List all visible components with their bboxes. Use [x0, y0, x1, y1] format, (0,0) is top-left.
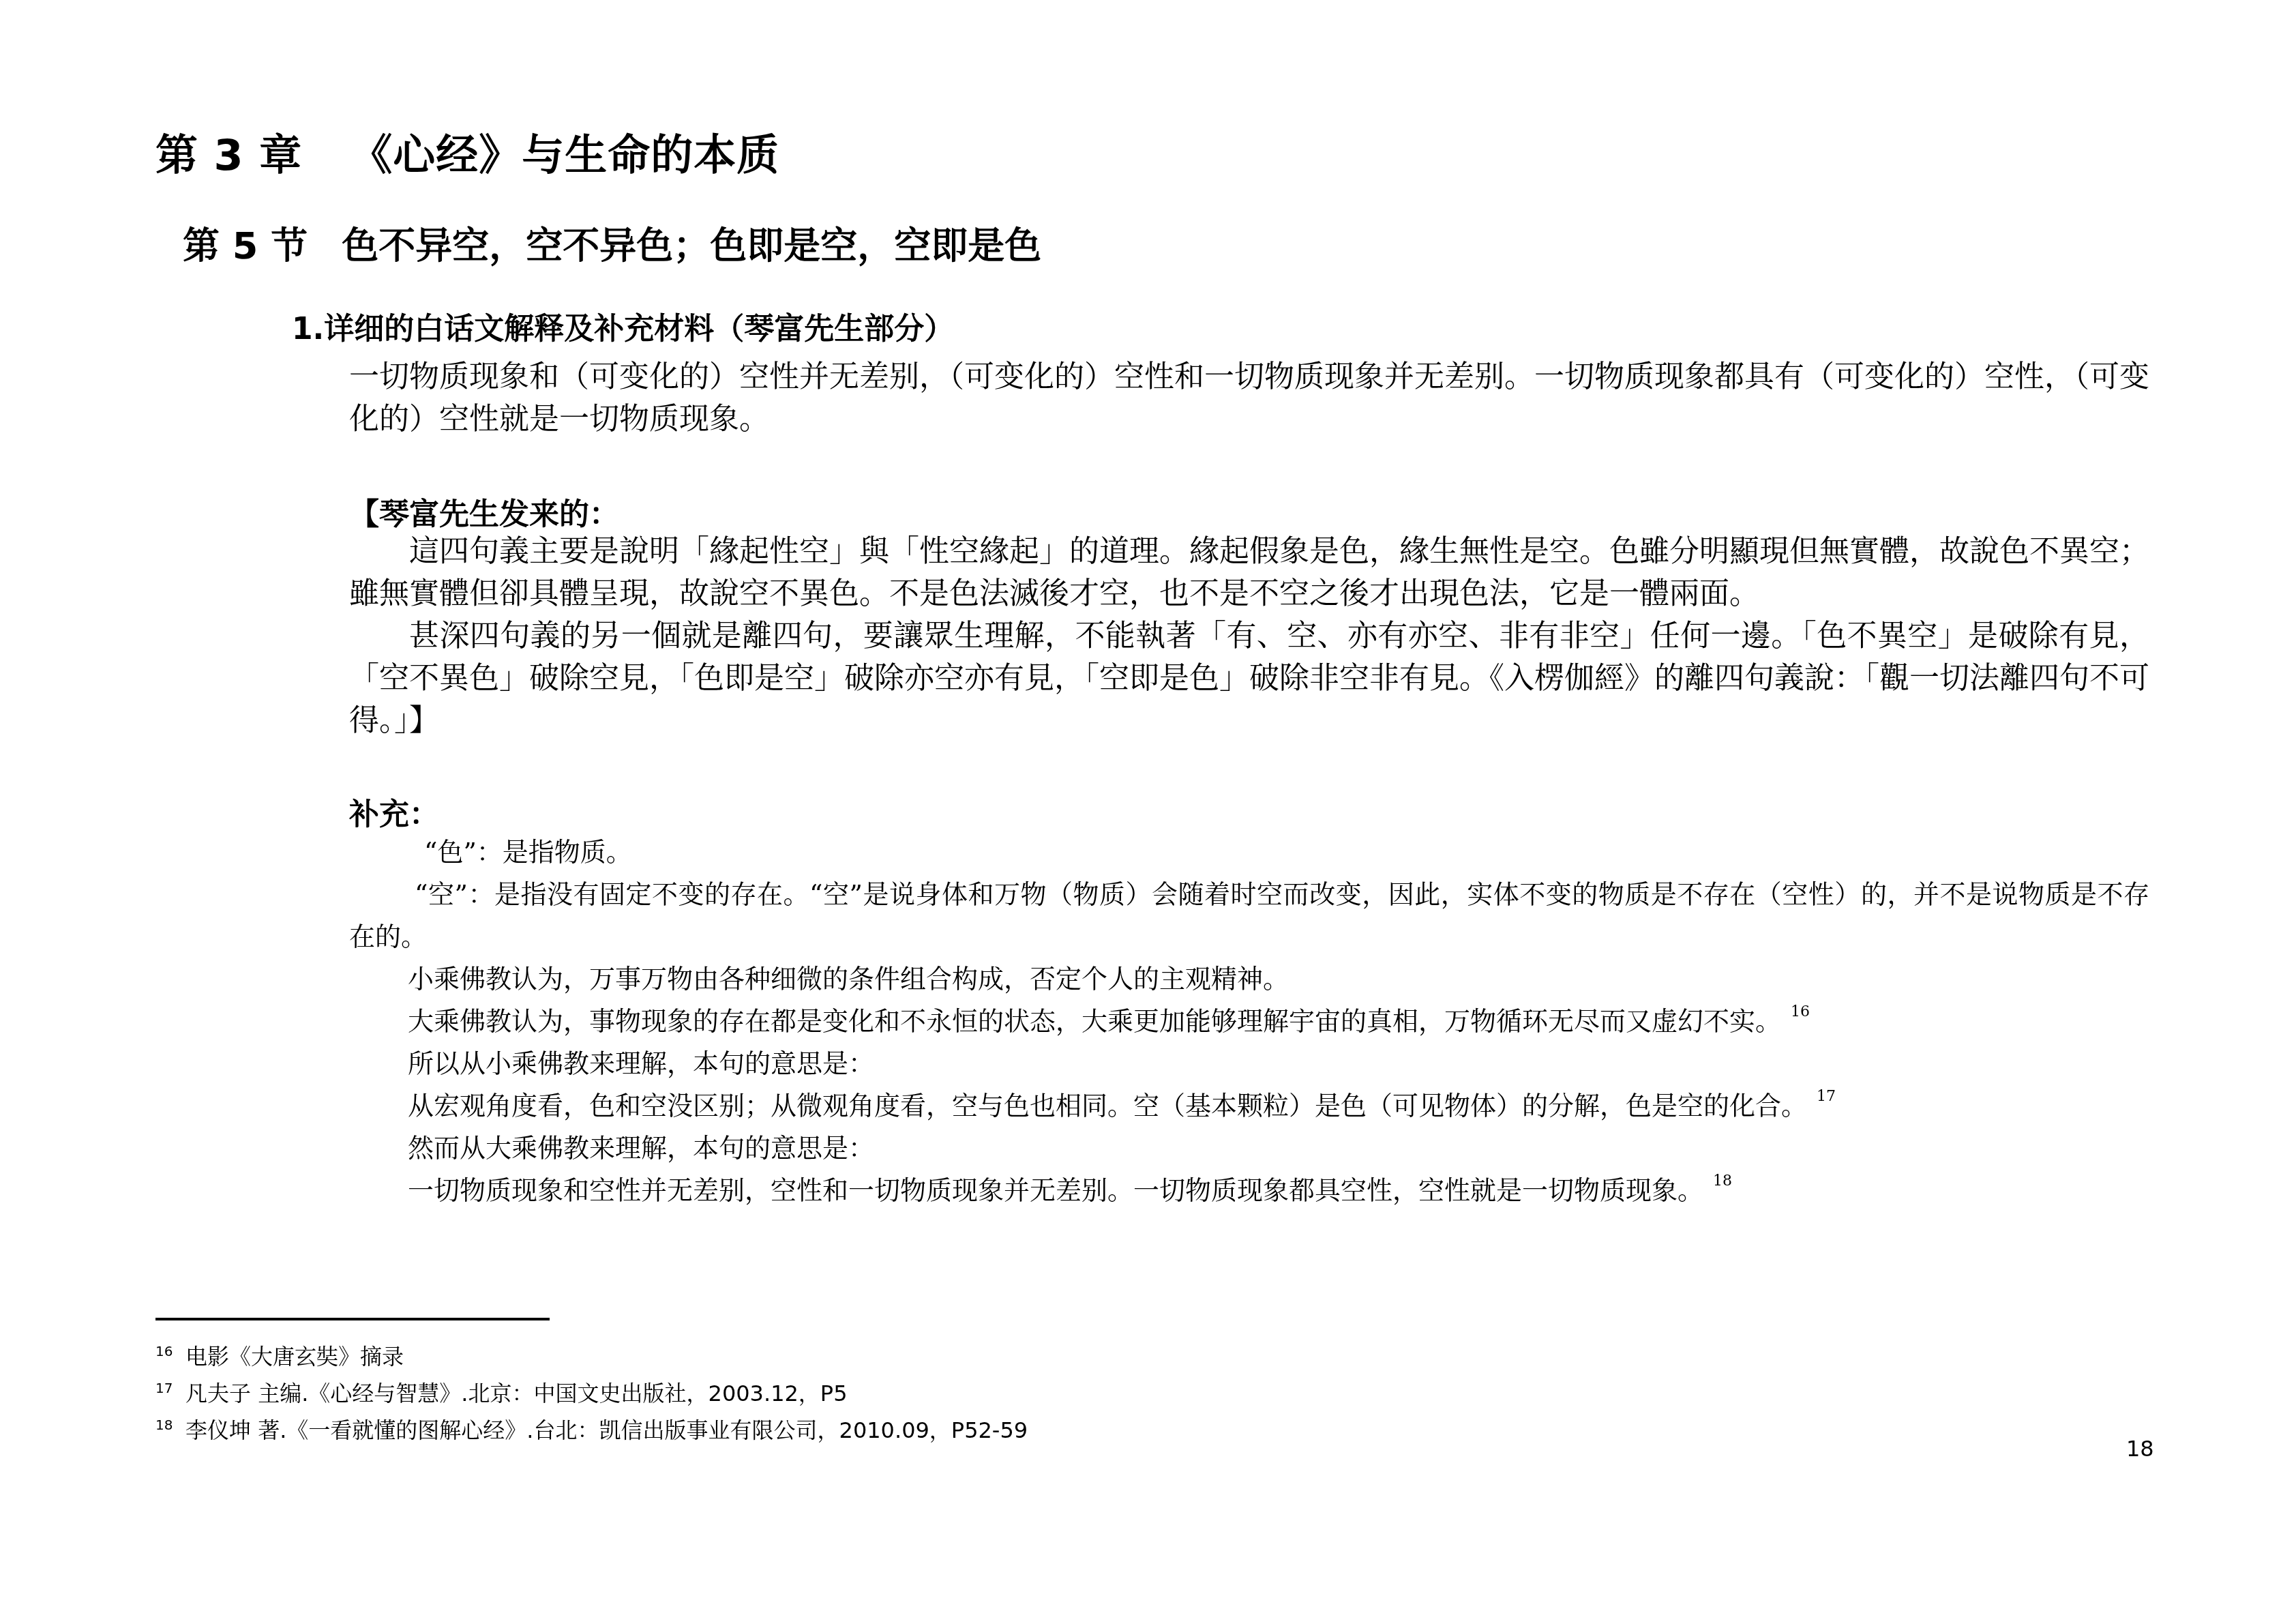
- page-number: 18: [2126, 1436, 2154, 1462]
- subheading: 1.详细的白话文解释及补充材料（琴富先生部分）: [292, 304, 954, 348]
- supplement-line: “色”：是指物质。: [349, 831, 2149, 873]
- supplement-line-text: 然而从大乘佛教来理解，本句的意思是：: [408, 1133, 874, 1163]
- section-number: 第 5 节: [183, 224, 308, 267]
- quote-block: 這四句義主要是說明「緣起性空」與「性空緣起」的道理。緣起假象是色，緣生無性是空。…: [349, 531, 2149, 742]
- footnotes: 16电影《大唐玄奘》摘录 17凡夫子 主编.《心经与智慧》.北京：中国文史出版社…: [155, 1335, 1028, 1446]
- footnote-ref[interactable]: 16: [1791, 1003, 1810, 1020]
- footnote-18: 18李仪坤 著.《一看就懂的图解心经》.台北：凯信出版事业有限公司，2010.0…: [155, 1409, 1028, 1446]
- footnote-text: 电影《大唐玄奘》摘录: [185, 1344, 404, 1370]
- supplement-line: 一切物质现象和空性并无差别，空性和一切物质现象并无差别。一切物质现象都具空性，空…: [349, 1169, 2149, 1211]
- supplement-line-text: 大乘佛教认为，事物现象的存在都是变化和不永恒的状态，大乘更加能够理解宇宙的真相，…: [408, 1006, 1781, 1036]
- section-title-text: 色不异空，空不异色；色即是空，空即是色: [342, 224, 1041, 267]
- footnote-ref[interactable]: 18: [1713, 1172, 1732, 1190]
- chapter-title: 第 3 章《心经》与生命的本质: [155, 121, 779, 182]
- supplement-line: 所以从小乘佛教来理解，本句的意思是：: [349, 1042, 2149, 1084]
- supplement-line-text: 所以从小乘佛教来理解，本句的意思是：: [408, 1048, 874, 1078]
- footnote-text: 李仪坤 著.《一看就懂的图解心经》.台北：凯信出版事业有限公司，2010.09，…: [185, 1417, 1028, 1443]
- quote-paragraph: 這四句義主要是說明「緣起性空」與「性空緣起」的道理。緣起假象是色，緣生無性是空。…: [349, 531, 2149, 615]
- footnote-number: 17: [155, 1372, 175, 1404]
- supplement-line-text: “空”：是指没有固定不变的存在。“空”是说身体和万物（物质）会随着时空而改变，因…: [349, 879, 2149, 951]
- footnote-text: 凡夫子 主编.《心经与智慧》.北京：中国文史出版社，2003.12，P5: [185, 1381, 848, 1406]
- supplement-heading: 补充：: [349, 790, 439, 833]
- supplement-line-text: 小乘佛教认为，万事万物由各种细微的条件组合构成，否定个人的主观精神。: [408, 964, 1289, 994]
- supplement-line: 然而从大乘佛教来理解，本句的意思是：: [349, 1127, 2149, 1169]
- footnote-separator: [155, 1318, 550, 1320]
- paragraph-plain-explanation: 一切物质现象和（可变化的）空性并无差别，（可变化的）空性和一切物质现象并无差别。…: [349, 356, 2149, 441]
- section-title: 第 5 节色不异空，空不异色；色即是空，空即是色: [183, 217, 1041, 269]
- supplement-line-text: “色”：是指物质。: [424, 837, 632, 867]
- footnote-17: 17凡夫子 主编.《心经与智慧》.北京：中国文史出版社，2003.12，P5: [155, 1372, 1028, 1409]
- chapter-number: 第 3 章: [155, 130, 302, 180]
- quote-paragraph: 甚深四句義的另一個就是離四句，要讓眾生理解，不能執著「有、空、亦有亦空、非有非空…: [349, 615, 2149, 742]
- supplement-block: “色”：是指物质。 “空”：是指没有固定不变的存在。“空”是说身体和万物（物质）…: [349, 831, 2149, 1211]
- footnote-ref[interactable]: 17: [1817, 1088, 1836, 1105]
- quote-heading: 【琴富先生发来的：: [349, 490, 619, 533]
- chapter-title-text: 《心经》与生命的本质: [350, 130, 779, 180]
- footnote-16: 16电影《大唐玄奘》摘录: [155, 1335, 1028, 1372]
- supplement-line: 大乘佛教认为，事物现象的存在都是变化和不永恒的状态，大乘更加能够理解宇宙的真相，…: [349, 1000, 2149, 1042]
- supplement-line: 小乘佛教认为，万事万物由各种细微的条件组合构成，否定个人的主观精神。: [349, 958, 2149, 1000]
- supplement-line: “空”：是指没有固定不变的存在。“空”是说身体和万物（物质）会随着时空而改变，因…: [349, 873, 2149, 958]
- supplement-line-text: 一切物质现象和空性并无差别，空性和一切物质现象并无差别。一切物质现象都具空性，空…: [408, 1175, 1703, 1205]
- supplement-line: 从宏观角度看，色和空没区别；从微观角度看，空与色也相同。空（基本颗粒）是色（可见…: [349, 1084, 2149, 1127]
- footnote-number: 18: [155, 1409, 175, 1441]
- supplement-line-text: 从宏观角度看，色和空没区别；从微观角度看，空与色也相同。空（基本颗粒）是色（可见…: [408, 1091, 1807, 1121]
- footnote-number: 16: [155, 1335, 175, 1367]
